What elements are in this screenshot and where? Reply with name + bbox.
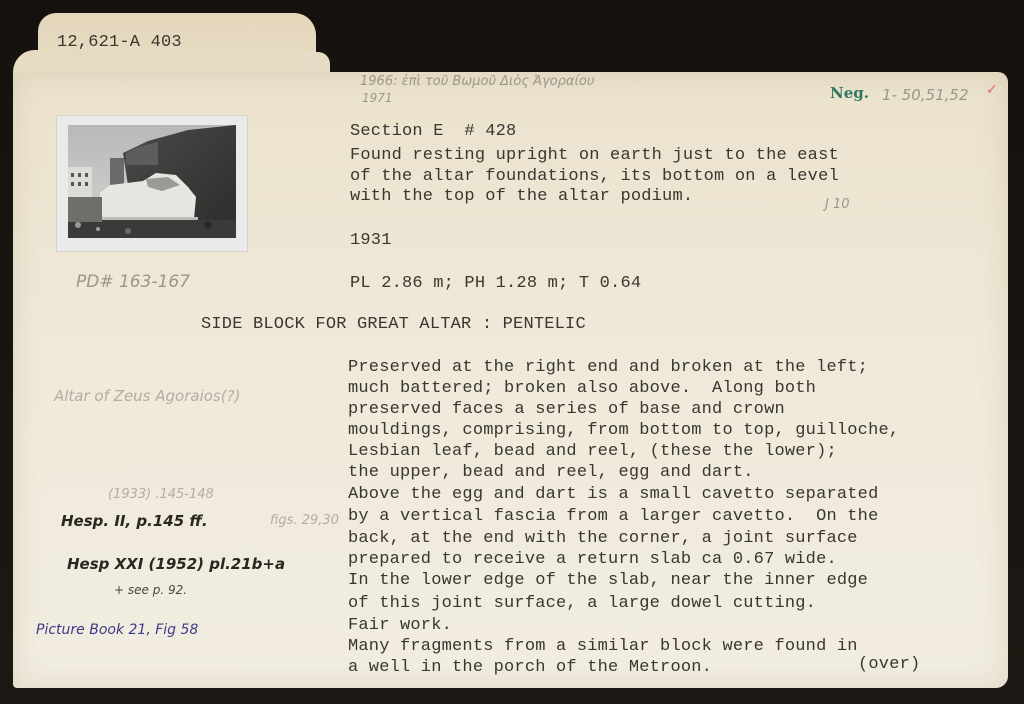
findspot-line: with the top of the altar podium. — [350, 187, 693, 206]
description-line: by a vertical fascia from a larger cavet… — [348, 507, 879, 526]
description-line: much battered; broken also above. Along … — [348, 379, 816, 398]
over-note: (over) — [858, 655, 920, 674]
section-number: Section E # 428 — [350, 122, 516, 141]
description-line: the upper, bead and reel, egg and dart. — [348, 463, 754, 482]
scanned-index-card: 12,621-A 403 1966: ἐπὶ τοῦ Βωμοῦ Διὸς Ἀγ… — [0, 0, 1024, 704]
description-line: In the lower edge of the slab, near the … — [348, 571, 868, 590]
description-line: Lesbian leaf, bead and reel, (these the … — [348, 442, 837, 461]
description-line: preserved faces a series of base and cro… — [348, 400, 785, 419]
reference-see-page: + see p. 92. — [114, 583, 187, 597]
findspot-line: Found resting upright on earth just to t… — [350, 146, 839, 165]
description-line: mouldings, comprising, from bottom to to… — [348, 421, 899, 440]
greek-pencil-note: 1966: ἐπὶ τοῦ Βωμοῦ Διὸς Ἀγοραίου — [360, 74, 594, 89]
check-mark-icon: ✓ — [986, 82, 998, 98]
grid-square-note: J 10 — [825, 197, 850, 212]
catalog-id: 12,621-A 403 — [57, 33, 182, 52]
reference-year-pages: (1933) .145-148 — [108, 487, 214, 502]
findspot-line: of the altar foundations, its bottom on … — [350, 167, 839, 186]
year-found: 1931 — [350, 231, 392, 250]
object-title: SIDE BLOCK FOR GREAT ALTAR : PENTELIC — [201, 315, 586, 334]
reference-hesperia-2: Hesp. II, p.145 ff. — [61, 512, 208, 530]
reference-hesperia-21: Hesp XXI (1952) pl.21b+a — [67, 555, 285, 573]
photo-print — [57, 116, 247, 251]
dimensions: PL 2.86 m; PH 1.28 m; T 0.64 — [350, 274, 641, 293]
description-line: Above the egg and dart is a small cavett… — [348, 485, 879, 504]
year-pencil-note: 1971 — [362, 91, 393, 105]
description-line: Preserved at the right end and broken at… — [348, 358, 868, 377]
description-line: Fair work. — [348, 616, 452, 635]
description-line: back, at the end with the corner, a join… — [348, 529, 858, 548]
photo-image-icon — [68, 125, 236, 238]
reference-figures: figs. 29,30 — [270, 513, 339, 528]
identification-pencil-note: Altar of Zeus Agoraios(?) — [54, 387, 240, 405]
negatives-stamp: Neg. — [830, 84, 869, 102]
negative-numbers: 1- 50,51,52 — [882, 86, 969, 104]
pd-drawing-note: PD# 163-167 — [76, 272, 190, 292]
description-line: Many fragments from a similar block were… — [348, 637, 858, 656]
reference-picture-book: Picture Book 21, Fig 58 — [36, 622, 198, 638]
description-line: a well in the porch of the Metroon. — [348, 658, 712, 677]
block-photo — [68, 125, 236, 238]
description-line: prepared to receive a return slab ca 0.6… — [348, 550, 837, 569]
description-line: of this joint surface, a large dowel cut… — [348, 594, 816, 613]
